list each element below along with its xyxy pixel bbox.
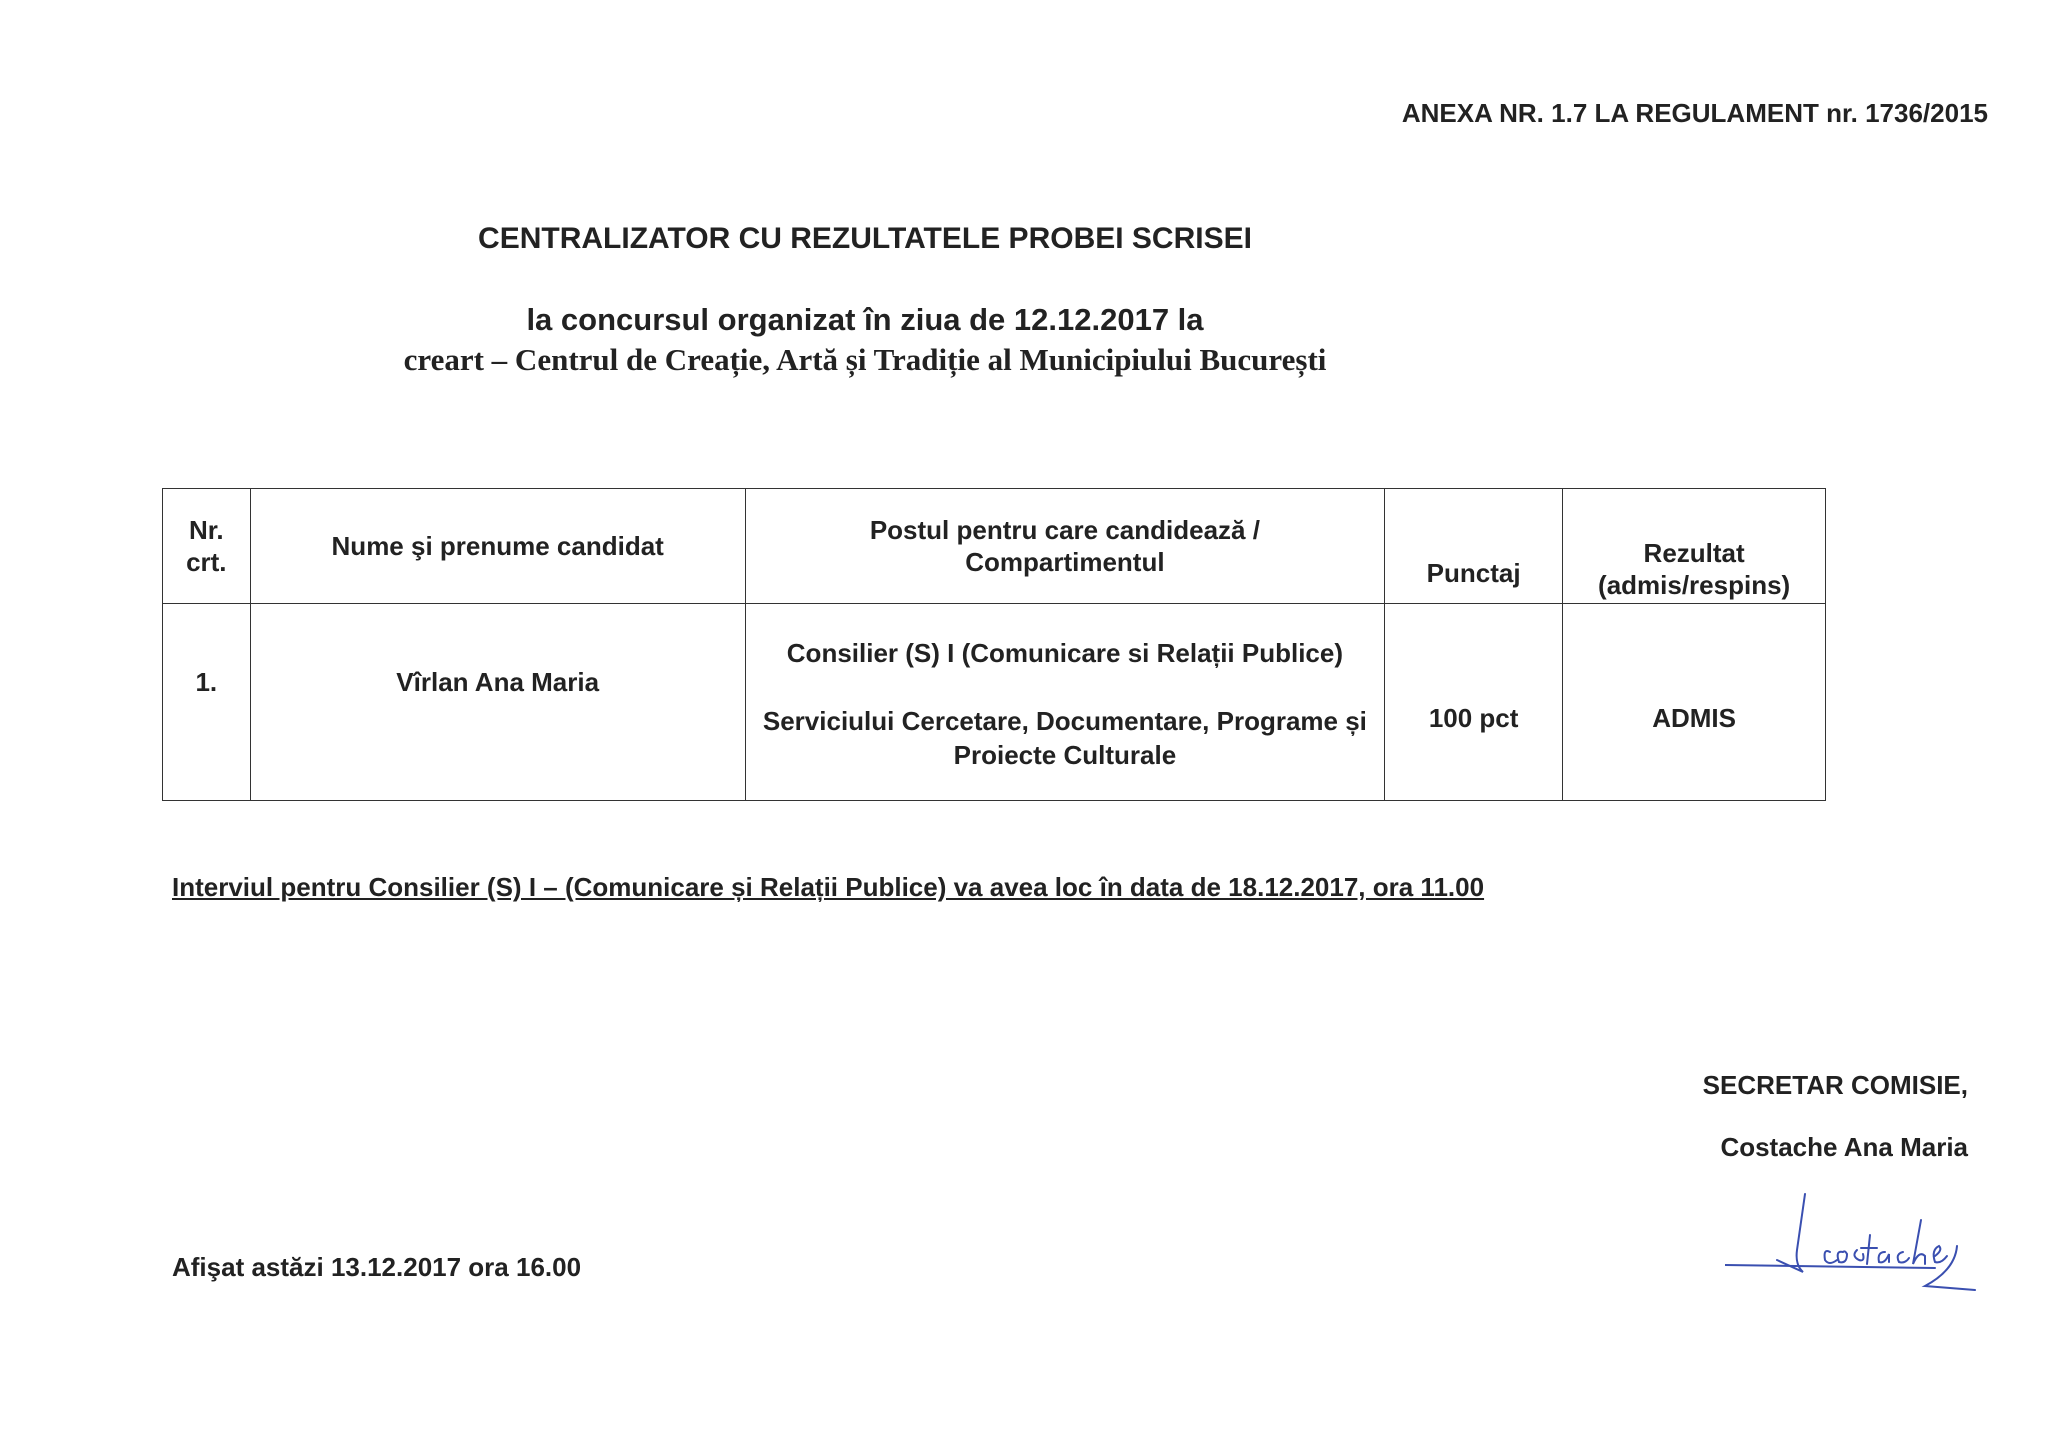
document-subtitle: la concursul organizat în ziua de 12.12.… xyxy=(0,302,1730,338)
cell-result: ADMIS xyxy=(1563,604,1826,801)
posted-date: Afişat astăzi 13.12.2017 ora 16.00 xyxy=(172,1252,581,1283)
post-department: Serviciului Cercetare, Documentare, Prog… xyxy=(763,706,1367,770)
column-header-post: Postul pentru care candidează / Comparti… xyxy=(745,489,1384,604)
column-header-nr: Nr. crt. xyxy=(163,489,251,604)
cell-nr: 1. xyxy=(163,604,251,801)
secretary-title: SECRETAR COMISIE, xyxy=(1703,1070,1968,1101)
interview-note: Interviul pentru Consilier (S) I – (Comu… xyxy=(172,872,1484,903)
column-header-score: Punctaj xyxy=(1385,489,1563,604)
table-header-row: Nr. crt. Nume şi prenume candidat Postul… xyxy=(163,489,1826,604)
document-title: CENTRALIZATOR CU REZULTATELE PROBEI SCRI… xyxy=(0,222,1730,256)
cell-score: 100 pct xyxy=(1385,604,1563,801)
results-table: Nr. crt. Nume şi prenume candidat Postul… xyxy=(162,488,1826,801)
column-header-result: Rezultat (admis/respins) xyxy=(1563,489,1826,604)
table-row: 1. Vîrlan Ana Maria Consilier (S) I (Com… xyxy=(163,604,1826,801)
column-header-name: Nume şi prenume candidat xyxy=(250,489,745,604)
cell-post: Consilier (S) I (Comunicare si Relații P… xyxy=(745,604,1384,801)
institution-name: creart – Centrul de Creație, Artă și Tra… xyxy=(0,342,1730,378)
cell-candidate-name: Vîrlan Ana Maria xyxy=(250,604,745,801)
secretary-name: Costache Ana Maria xyxy=(1720,1132,1968,1163)
annex-reference: ANEXA NR. 1.7 LA REGULAMENT nr. 1736/201… xyxy=(1402,98,1988,129)
post-title: Consilier (S) I (Comunicare si Relații P… xyxy=(760,636,1370,670)
handwritten-signature xyxy=(1725,1190,1985,1300)
